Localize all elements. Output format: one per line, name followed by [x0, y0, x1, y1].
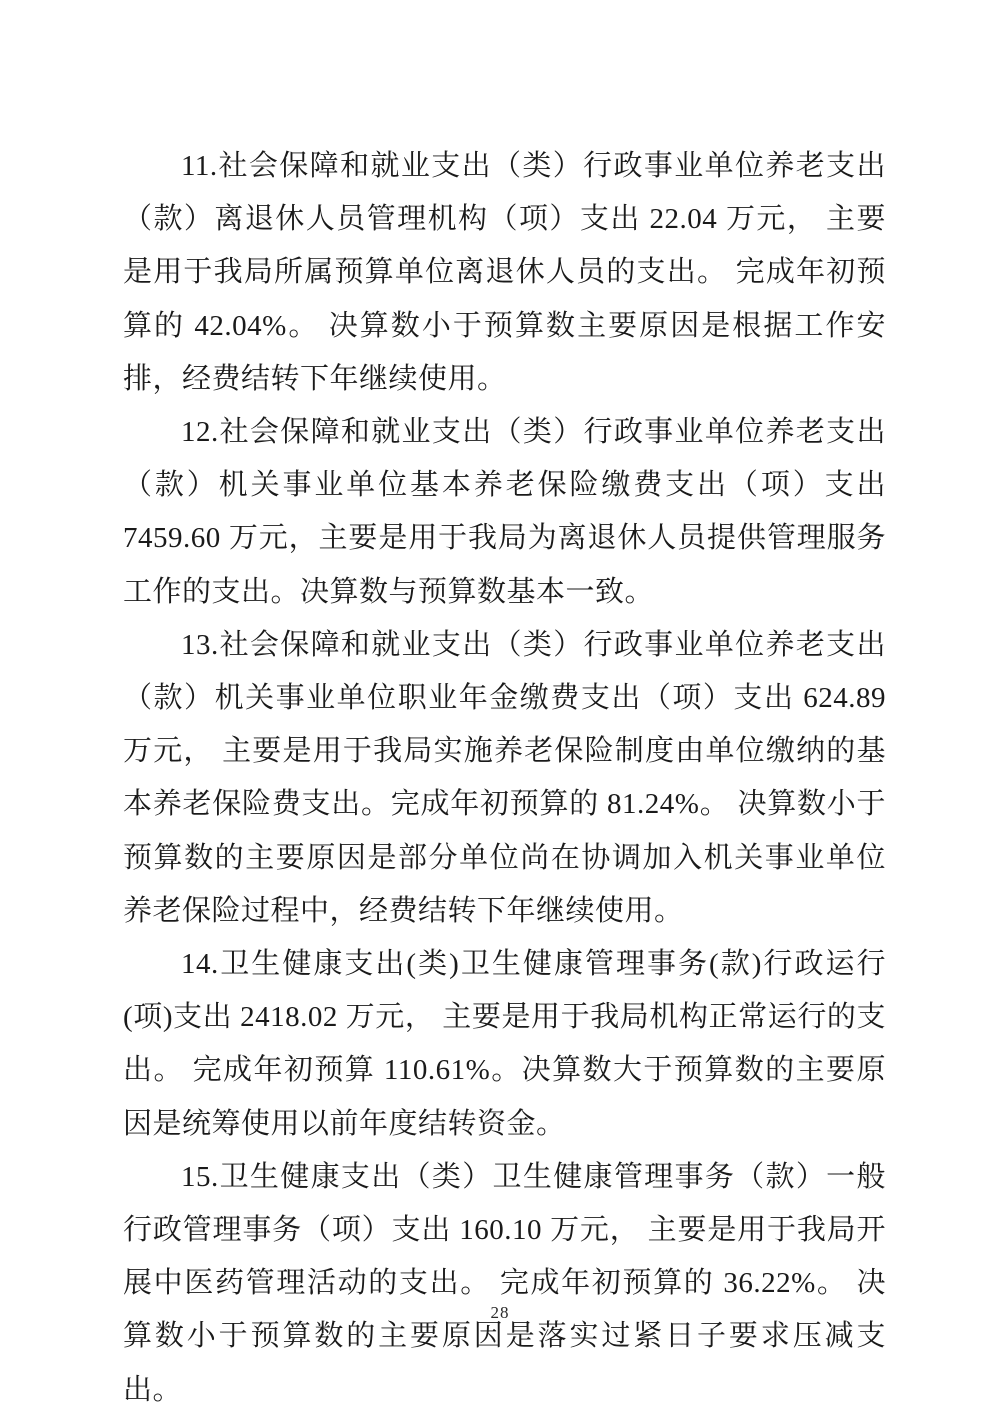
- paragraph-item-15: 15.卫生健康支出（类）卫生健康管理事务（款）一般行政管理事务（项）支出 160…: [123, 1151, 886, 1413]
- page-footer: 28: [0, 1303, 1000, 1323]
- document-page: 11.社会保障和就业支出（类）行政事业单位养老支出（款）离退休人员管理机构（项）…: [0, 0, 1000, 1413]
- page-number: 28: [491, 1303, 510, 1322]
- paragraph-item-11: 11.社会保障和就业支出（类）行政事业单位养老支出（款）离退休人员管理机构（项）…: [123, 140, 886, 406]
- document-body: 11.社会保障和就业支出（类）行政事业单位养老支出（款）离退休人员管理机构（项）…: [123, 140, 886, 1413]
- paragraph-item-12: 12.社会保障和就业支出（类）行政事业单位养老支出（款）机关事业单位基本养老保险…: [123, 406, 886, 619]
- paragraph-item-14: 14.卫生健康支出(类)卫生健康管理事务(款)行政运行(项)支出 2418.02…: [123, 938, 886, 1151]
- paragraph-item-13: 13.社会保障和就业支出（类）行政事业单位养老支出（款）机关事业单位职业年金缴费…: [123, 619, 886, 938]
